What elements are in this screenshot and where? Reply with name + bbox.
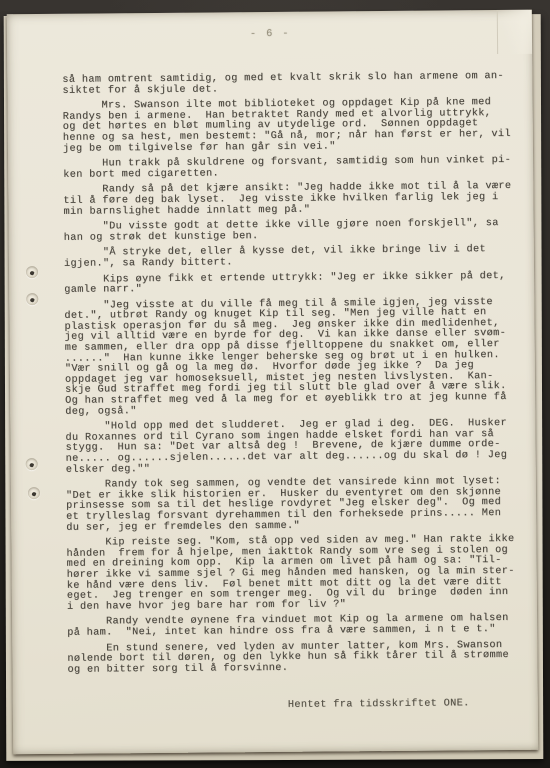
page-corner-highlight: [497, 10, 532, 54]
source-attribution: Hentet fra tidsskriftet ONE.: [288, 698, 470, 711]
typed-paragraph: En stund senere, ved lyden av munter lat…: [67, 640, 529, 676]
typed-paragraph: "Du visste godt at dette ikke ville gjør…: [64, 219, 526, 244]
photo-background: - 6 - så ham omtrent samtidig, og med et…: [0, 0, 550, 768]
page-number: - 6 -: [250, 29, 291, 40]
typed-paragraph: "Hold opp med det sludderet. Jeg er glad…: [65, 419, 527, 476]
typed-paragraph: Randy vendte øynene fra vinduet mot Kip …: [67, 614, 529, 639]
typed-paragraph: så ham omtrent samtidig, og med et kvalt…: [62, 72, 524, 97]
typed-paragraph: Randy så på det kjære ansikt: "Jeg hadde…: [63, 182, 525, 218]
punch-hole: [26, 293, 38, 305]
typed-paragraph: "Å stryke det, eller å kysse det, vil ik…: [64, 245, 526, 270]
punch-hole: [26, 458, 38, 470]
typed-paragraph: Hun trakk på skuldrene og forsvant, samt…: [63, 156, 525, 181]
typed-paragraph: Kip reiste seg. "Kom, stå opp ved siden …: [66, 535, 529, 613]
punch-hole: [26, 266, 38, 278]
punch-hole: [28, 487, 40, 499]
typed-paragraph: Kips øyne fikk et ertende uttrykk: "Jeg …: [64, 271, 526, 296]
typed-paragraph: Mrs. Swanson ilte mot biblioteket og opp…: [63, 98, 525, 155]
typewritten-page: - 6 - så ham omtrent samtidig, og med et…: [7, 10, 538, 755]
typed-paragraph: Randy tok seg sammen, og vendte det vans…: [66, 477, 528, 534]
typed-text-block: så ham omtrent samtidig, og med et kvalt…: [62, 72, 529, 681]
typed-paragraph: "Jeg visste at du ville få meg til å smi…: [64, 297, 527, 418]
